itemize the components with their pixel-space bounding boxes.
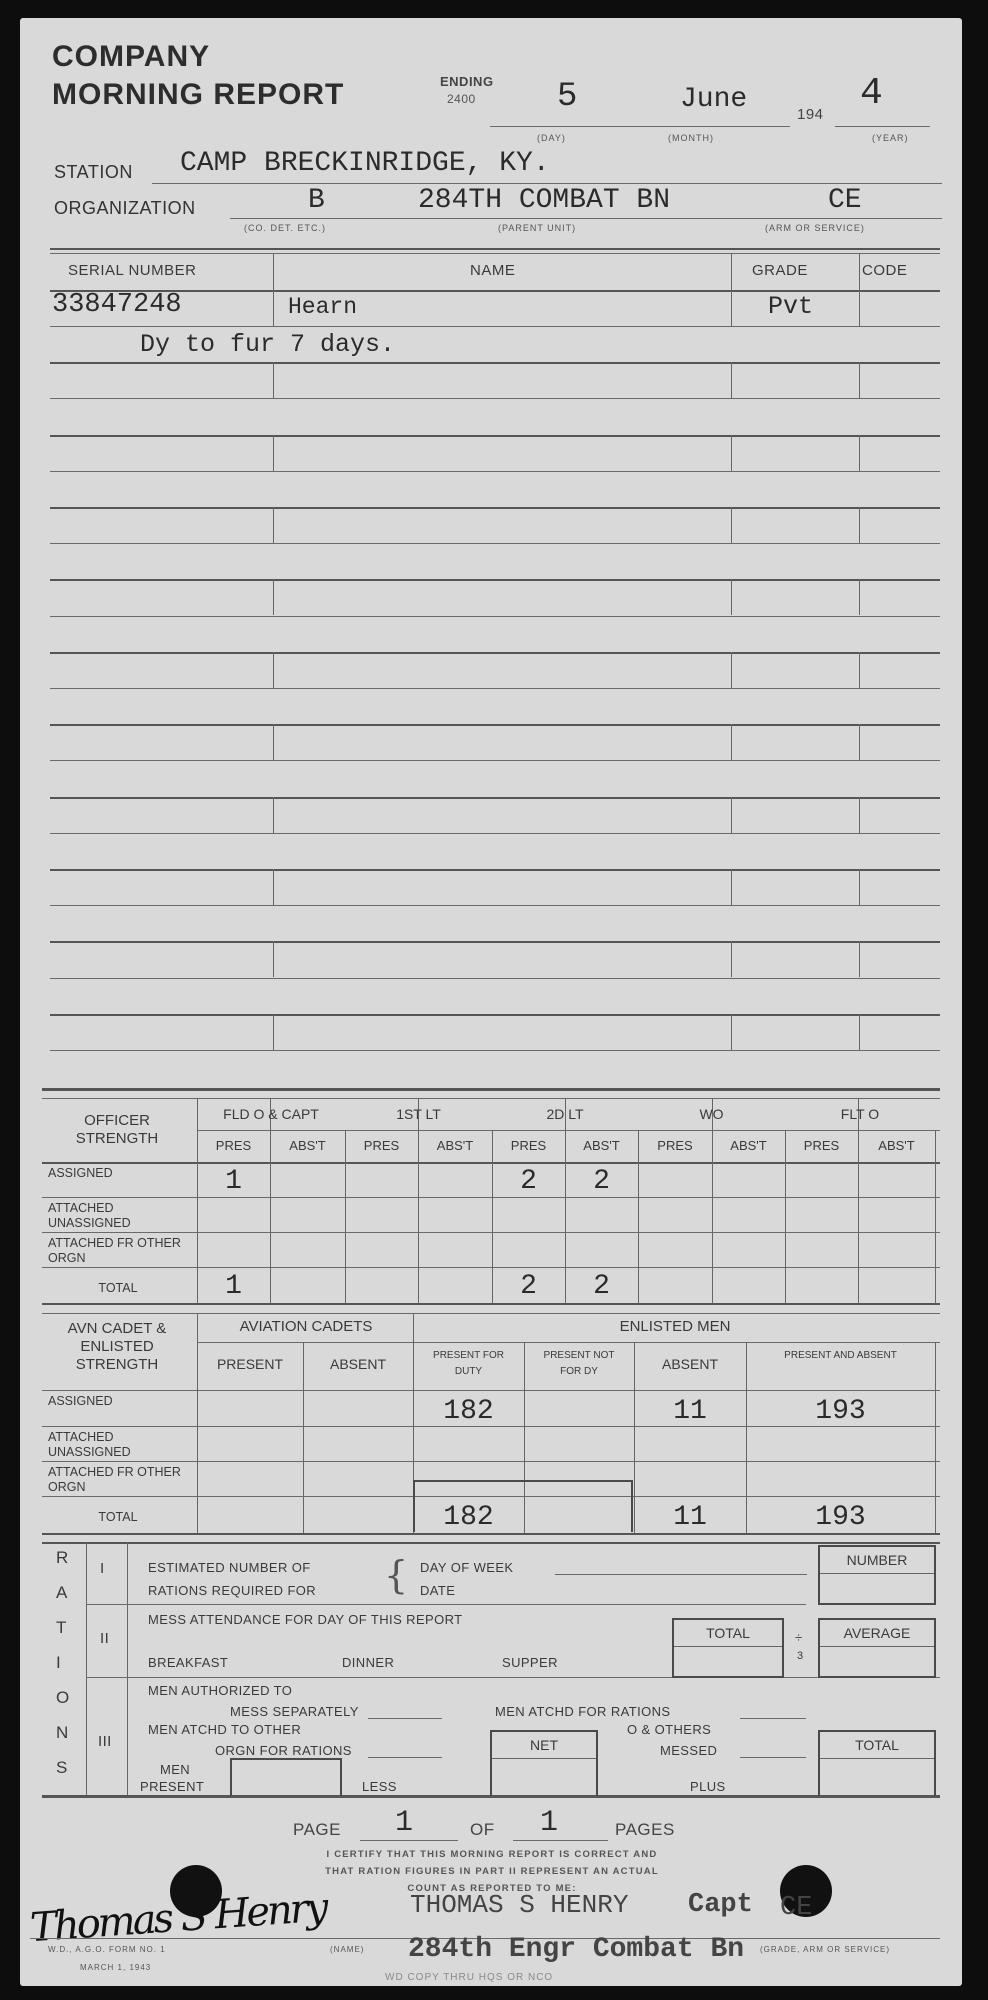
enlisted-column-header: PRESENT [197, 1356, 303, 1372]
enlisted-strength-title: AVN CADET & ENLISTED STRENGTH [42, 1320, 192, 1374]
officer-cell[interactable]: 1 [197, 1164, 270, 1197]
enlisted-cell[interactable] [197, 1428, 303, 1461]
entry-rule [50, 471, 940, 472]
name-caption: (NAME) [330, 1945, 364, 1954]
officer-rule [42, 1267, 940, 1268]
cert-line-2: THAT RATION FIGURES IN PART II REPRESENT… [252, 1863, 732, 1880]
officer-cell[interactable]: 2 [565, 1269, 638, 1302]
officer-rule [197, 1130, 940, 1131]
rations-letter: S [56, 1758, 68, 1778]
day-of-week-field[interactable] [555, 1574, 807, 1575]
column-divider [859, 435, 860, 471]
section-i-line2: RATIONS REQUIRED FOR [148, 1583, 316, 1598]
enlisted-rule [42, 1390, 940, 1391]
enlisted-cell[interactable] [197, 1463, 303, 1496]
column-divider [273, 869, 274, 905]
officer-cell[interactable] [270, 1269, 345, 1302]
header-code: CODE [862, 262, 907, 279]
column-divider [859, 724, 860, 760]
column-divider [731, 652, 732, 688]
entry-grade: Pvt [768, 292, 813, 321]
entry-rule [50, 579, 940, 581]
column-divider [273, 435, 274, 471]
officer-row-label: ATTACHED FR OTHER ORGN [48, 1236, 193, 1266]
column-divider [859, 507, 860, 543]
enlisted-row-label: TOTAL [48, 1510, 188, 1525]
column-divider [273, 362, 274, 398]
mess-attendance-title: MESS ATTENDANCE FOR DAY OF THIS REPORT [148, 1612, 463, 1627]
net-box[interactable]: NET [490, 1730, 598, 1796]
enlisted-cell[interactable]: 11 [634, 1392, 746, 1425]
average-box[interactable]: AVERAGE [818, 1618, 936, 1678]
officer-cell[interactable] [197, 1234, 270, 1267]
enlisted-cell[interactable] [524, 1428, 634, 1461]
atchd-for-rations-field[interactable] [740, 1718, 806, 1719]
officer-cell[interactable] [345, 1234, 418, 1267]
column-divider [859, 579, 860, 615]
column-divider [859, 253, 860, 326]
enlisted-rule [197, 1342, 940, 1343]
column-divider [273, 253, 274, 326]
column-divider [273, 941, 274, 977]
rations-letter: R [56, 1548, 69, 1568]
rations-top-rule [42, 1542, 940, 1544]
entry-name: Hearn [288, 294, 357, 320]
page-label: PAGE [293, 1820, 341, 1840]
officer-col-divider [935, 1130, 936, 1303]
officer-rule [42, 1098, 940, 1099]
officer-subheader: PRES [638, 1138, 712, 1153]
form-id-line1: W.D., A.G.O. FORM NO. 1 [48, 1945, 166, 1954]
enlisted-cell[interactable] [634, 1428, 746, 1461]
officer-cell[interactable]: 2 [492, 1164, 565, 1197]
page-underline [360, 1840, 458, 1841]
section-ii-numeral: II [100, 1630, 109, 1647]
column-divider [731, 724, 732, 760]
date-label: DATE [420, 1583, 455, 1598]
day-of-week-label: DAY OF WEEK [420, 1560, 514, 1575]
section-iii-numeral: III [98, 1733, 112, 1750]
column-divider [273, 579, 274, 615]
parent-caption: (PARENT UNIT) [498, 223, 576, 233]
officer-group-header: FLD O & CAPT [197, 1106, 345, 1122]
enlisted-row-label: ATTACHED FR OTHER ORGN [48, 1465, 193, 1495]
officer-cell[interactable] [785, 1234, 858, 1267]
entry-rule [50, 362, 940, 364]
officer-subheader: ABS'T [858, 1138, 935, 1153]
rations-divider-1 [86, 1542, 87, 1795]
enlisted-column-header: PRESENT FOR DUTY [413, 1348, 524, 1380]
officer-cell[interactable] [345, 1199, 418, 1232]
enlisted-column-header: PRESENT AND ABSENT [746, 1348, 935, 1364]
officer-rule [42, 1197, 940, 1198]
company-caption: (CO. DET. ETC.) [244, 223, 326, 233]
plus-label: PLUS [690, 1779, 726, 1794]
report-month: June [680, 84, 747, 115]
officer-cell[interactable] [270, 1234, 345, 1267]
station-value: CAMP BRECKINRIDGE, KY. [180, 148, 550, 179]
enlisted-men-header: ENLISTED MEN [415, 1318, 935, 1335]
entry-rule [50, 543, 940, 544]
column-divider [273, 797, 274, 833]
officer-subheader: ABS'T [565, 1138, 638, 1153]
number-box[interactable]: NUMBER [818, 1545, 936, 1605]
header-name: NAME [470, 262, 515, 279]
officer-cell[interactable] [858, 1164, 935, 1197]
officer-strength-title: OFFICER STRENGTH [42, 1112, 192, 1148]
officer-group-header: FLT O [785, 1106, 935, 1122]
entry-rule [50, 652, 940, 654]
officer-cell[interactable] [712, 1199, 785, 1232]
officer-subheader: PRES [785, 1138, 858, 1153]
officer-cell[interactable] [418, 1164, 492, 1197]
officer-subheader: PRES [345, 1138, 418, 1153]
enlisted-col-divider [935, 1342, 936, 1533]
column-divider [731, 435, 732, 471]
arm-caption: (ARM OR SERVICE) [765, 223, 865, 233]
officer-cell[interactable] [638, 1164, 712, 1197]
signer-name: THOMAS S HENRY [410, 1890, 628, 1920]
officer-cell[interactable] [345, 1164, 418, 1197]
men-authorized-line2: MESS SEPARATELY [230, 1704, 359, 1719]
officer-cell[interactable] [638, 1234, 712, 1267]
enlisted-cell[interactable] [634, 1463, 746, 1496]
divide-icon: ÷ [795, 1630, 803, 1645]
pages-label: PAGES [615, 1820, 675, 1840]
column-divider [859, 941, 860, 977]
enlisted-rule [42, 1533, 940, 1535]
officer-cell[interactable] [638, 1199, 712, 1232]
year-prefix: 194 [797, 106, 824, 123]
station-underline [152, 183, 942, 184]
officer-cell[interactable] [197, 1199, 270, 1232]
aviation-cadets-header: AVIATION CADETS [197, 1318, 415, 1335]
column-divider [859, 362, 860, 398]
column-divider [273, 1014, 274, 1050]
officer-cell[interactable] [638, 1269, 712, 1302]
section-i-line1: ESTIMATED NUMBER OF [148, 1560, 311, 1575]
officer-subheader: PRES [492, 1138, 565, 1153]
officer-cell[interactable] [418, 1199, 492, 1232]
officer-cell[interactable] [345, 1269, 418, 1302]
officer-cell[interactable] [492, 1199, 565, 1232]
enlisted-cell[interactable] [303, 1392, 413, 1425]
column-divider [731, 362, 732, 398]
of-label: OF [470, 1820, 495, 1840]
enlisted-column-header: PRESENT NOT FOR DY [524, 1348, 634, 1380]
officer-row-label: TOTAL [48, 1281, 188, 1296]
entry-rule [50, 724, 940, 726]
pages-underline [513, 1840, 608, 1841]
men-present-line1: MEN [160, 1762, 190, 1777]
entry-rule [50, 905, 940, 906]
header-grade: GRADE [752, 262, 808, 279]
men-atchd-for-rations-label: MEN ATCHD FOR RATIONS [495, 1704, 670, 1719]
dinner-label: DINNER [342, 1655, 394, 1670]
entry-rule [50, 398, 940, 399]
copy-stamp: WD COPY THRU HQS OR NCO [385, 1972, 553, 1983]
officer-cell[interactable] [712, 1234, 785, 1267]
column-divider [731, 1014, 732, 1050]
entry-rule [50, 978, 940, 979]
column-divider [273, 652, 274, 688]
entry-rule [50, 688, 940, 689]
day-caption: (DAY) [537, 133, 566, 143]
column-divider [731, 941, 732, 977]
enlisted-cell[interactable] [524, 1392, 634, 1425]
iii-total-box[interactable]: TOTAL [818, 1730, 936, 1796]
breakfast-label: BREAKFAST [148, 1655, 228, 1670]
officer-cell[interactable] [492, 1234, 565, 1267]
officer-group-header: 2D LT [492, 1106, 638, 1122]
enlisted-cell[interactable] [197, 1392, 303, 1425]
grade-caption: (GRADE, ARM OR SERVICE) [760, 1945, 890, 1954]
report-day: 5 [557, 78, 577, 116]
enlisted-cell[interactable] [746, 1428, 935, 1461]
month-caption: (MONTH) [668, 133, 714, 143]
officer-cell[interactable]: 1 [197, 1269, 270, 1302]
entry-rule [50, 797, 940, 799]
men-present-line2: PRESENT [140, 1779, 204, 1794]
column-divider [273, 507, 274, 543]
total-present-box [413, 1480, 633, 1532]
atchd-other-field[interactable] [368, 1757, 442, 1758]
organization-label: ORGANIZATION [54, 198, 196, 219]
officer-cell[interactable] [712, 1269, 785, 1302]
entry-rule [50, 869, 940, 871]
form-title-line1: COMPANY [52, 40, 210, 74]
divisor: 3 [797, 1650, 804, 1662]
officer-cell[interactable] [858, 1234, 935, 1267]
enlisted-column-header: ABSENT [634, 1356, 746, 1372]
enlisted-cell[interactable] [746, 1463, 935, 1496]
rations-divider-2 [127, 1542, 128, 1795]
column-divider [859, 869, 860, 905]
enlisted-cell[interactable]: 182 [413, 1392, 524, 1425]
others-messed-line1: O & OTHERS [627, 1722, 711, 1737]
table-top-rule-2 [50, 253, 940, 254]
station-label: STATION [54, 162, 133, 183]
officer-cell[interactable] [785, 1164, 858, 1197]
enlisted-cell[interactable]: 11 [634, 1498, 746, 1531]
entry-rule [50, 1050, 940, 1051]
form-title-line2: MORNING REPORT [52, 78, 344, 112]
organization-underline [230, 218, 942, 219]
section-i-numeral: I [100, 1560, 105, 1577]
officer-cell[interactable] [270, 1199, 345, 1232]
enlisted-cell[interactable] [303, 1463, 413, 1496]
officer-subheader: ABS'T [712, 1138, 785, 1153]
enlisted-column-header: ABSENT [303, 1356, 413, 1372]
column-divider [731, 869, 732, 905]
organization-arm: CE [828, 185, 862, 216]
organization-parent-unit: 284TH COMBAT BN [418, 185, 670, 216]
header-serial-number: SERIAL NUMBER [68, 262, 196, 279]
entry-rule [50, 941, 940, 943]
year-caption: (YEAR) [872, 133, 909, 143]
brace-icon: { [384, 1553, 408, 1597]
column-divider [731, 579, 732, 615]
table-top-rule [50, 248, 940, 250]
enlisted-cell[interactable] [303, 1428, 413, 1461]
column-divider [859, 652, 860, 688]
officer-cell[interactable]: 2 [492, 1269, 565, 1302]
page-number: 1 [395, 1806, 413, 1840]
officer-group-header: 1ST LT [345, 1106, 492, 1122]
officer-cell[interactable] [418, 1234, 492, 1267]
officer-row-label: ATTACHED UNASSIGNED [48, 1201, 193, 1231]
entry-rule [50, 616, 940, 617]
entry-rule [50, 833, 940, 834]
rations-letter: I [56, 1653, 61, 1673]
organization-company: B [308, 185, 325, 216]
column-divider [731, 507, 732, 543]
entry-rule [50, 326, 940, 327]
officer-subheader: ABS'T [418, 1138, 492, 1153]
enlisted-rule [42, 1313, 940, 1314]
officer-cell[interactable] [270, 1164, 345, 1197]
officer-subheader: ABS'T [270, 1138, 345, 1153]
others-messed-field[interactable] [740, 1757, 806, 1758]
men-present-box[interactable] [230, 1758, 342, 1796]
enlisted-row-label: ASSIGNED [48, 1394, 193, 1409]
officer-cell[interactable]: 2 [565, 1164, 638, 1197]
officer-row-label: ASSIGNED [48, 1166, 193, 1181]
officer-cell[interactable] [785, 1199, 858, 1232]
entry-remark: Dy to fur 7 days. [140, 330, 395, 359]
total-pages: 1 [540, 1806, 558, 1840]
column-divider [859, 1014, 860, 1050]
officer-group-header: WO [638, 1106, 785, 1122]
signer-arm: CE [780, 1893, 812, 1923]
entry-rule [50, 435, 940, 437]
rations-section-ii-rule [86, 1677, 940, 1678]
officer-cell[interactable] [785, 1269, 858, 1302]
enlisted-cell[interactable] [303, 1498, 413, 1531]
officer-cell[interactable] [858, 1199, 935, 1232]
entry-rule [50, 760, 940, 761]
mess-total-box[interactable]: TOTAL [672, 1618, 784, 1678]
enlisted-row-label: ATTACHED UNASSIGNED [48, 1430, 193, 1460]
officer-top-rule [42, 1088, 940, 1091]
rations-section-i-rule [86, 1604, 806, 1605]
officer-rule [42, 1232, 940, 1233]
enlisted-cell[interactable] [413, 1428, 524, 1461]
less-label: LESS [362, 1779, 397, 1794]
column-divider [273, 724, 274, 760]
officer-rule [42, 1303, 940, 1305]
enlisted-rule [42, 1461, 940, 1462]
supper-label: SUPPER [502, 1655, 558, 1670]
men-atchd-other-line1: MEN ATCHD TO OTHER [148, 1722, 301, 1737]
rations-letter: A [56, 1583, 68, 1603]
cert-line-1: I CERTIFY THAT THIS MORNING REPORT IS CO… [252, 1846, 732, 1863]
officer-cell[interactable] [858, 1269, 935, 1302]
column-divider [731, 797, 732, 833]
officer-cell[interactable] [418, 1269, 492, 1302]
enlisted-cell[interactable] [197, 1498, 303, 1531]
officer-cell[interactable] [712, 1164, 785, 1197]
mess-separately-field[interactable] [368, 1718, 442, 1719]
report-year: 4 [860, 72, 883, 115]
ending-time: 2400 [447, 92, 476, 106]
men-authorized-line1: MEN AUTHORIZED TO [148, 1683, 292, 1698]
entry-rule [50, 507, 940, 509]
column-divider [731, 253, 732, 326]
entry-rule [50, 1014, 940, 1016]
officer-cell[interactable] [565, 1234, 638, 1267]
officer-cell[interactable] [565, 1199, 638, 1232]
rations-letter: T [56, 1618, 67, 1638]
date-underline [490, 126, 790, 127]
column-divider [859, 797, 860, 833]
ending-label: ENDING [440, 74, 494, 89]
enlisted-cell[interactable]: 193 [746, 1498, 935, 1531]
men-atchd-other-line2: ORGN FOR RATIONS [215, 1743, 352, 1758]
signer-unit: 284th Engr Combat Bn [408, 1934, 744, 1965]
others-messed-line2: MESSED [660, 1743, 717, 1758]
entry-serial: 33847248 [52, 290, 182, 320]
rations-letter: N [56, 1723, 69, 1743]
year-underline [835, 126, 930, 127]
officer-subheader: PRES [197, 1138, 270, 1153]
signer-grade: Capt [688, 1890, 753, 1920]
rations-letter: O [56, 1688, 70, 1708]
form-id-line2: MARCH 1, 1943 [80, 1963, 151, 1972]
enlisted-cell[interactable]: 193 [746, 1392, 935, 1425]
